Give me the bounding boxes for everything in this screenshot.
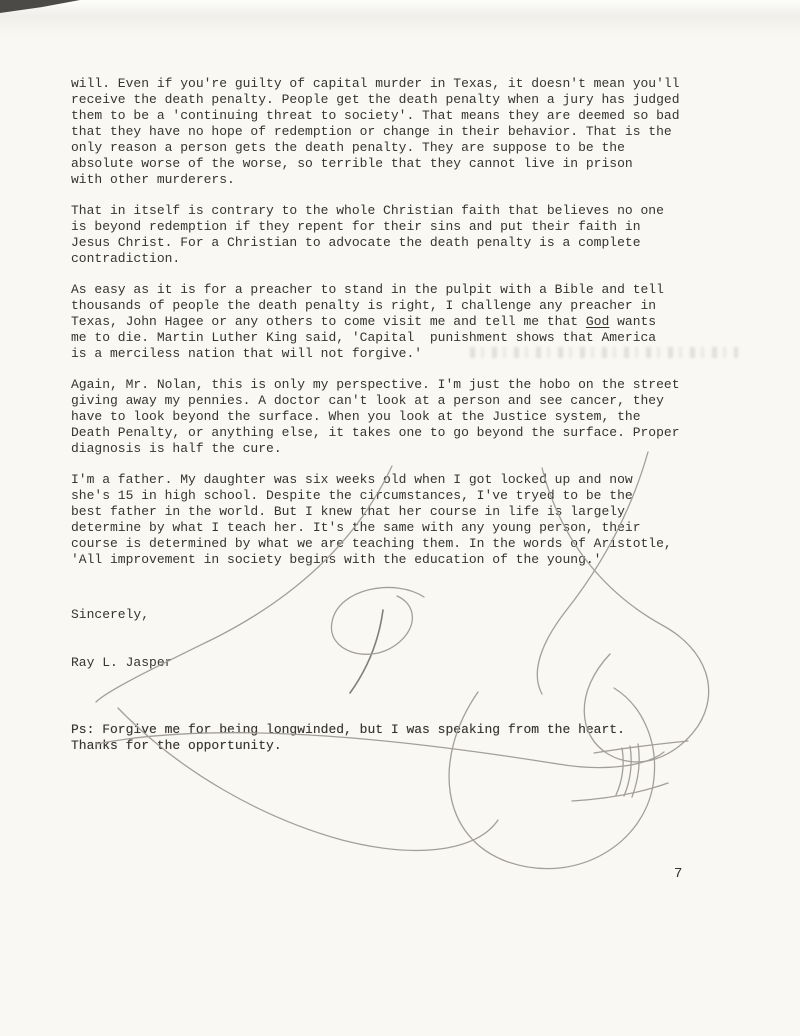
closing-salutation: Sincerely, — [71, 607, 719, 623]
text-line: 'All improvement in society begins with … — [71, 552, 719, 568]
text-line: determine by what I teach her. It's the … — [71, 520, 719, 536]
letter-paragraphs: will. Even if you're guilty of capital m… — [71, 76, 719, 568]
text-line: Again, Mr. Nolan, this is only my perspe… — [71, 377, 719, 393]
text-line: absolute worse of the worse, so terrible… — [71, 156, 719, 172]
text-line: them to be a 'continuing threat to socie… — [71, 108, 719, 124]
postscript-line: Ps: Forgive me for being longwinded, but… — [71, 722, 719, 738]
text-line: diagnosis is half the cure. — [71, 441, 719, 457]
page-number: 7 — [674, 866, 682, 882]
closing-signature-name: Ray L. Jasper — [71, 655, 719, 671]
text-line: That in itself is contrary to the whole … — [71, 203, 719, 219]
underlined-word: God — [586, 314, 609, 329]
text-line: Jesus Christ. For a Christian to advocat… — [71, 235, 719, 251]
text-line: I'm a father. My daughter was six weeks … — [71, 472, 719, 488]
postscript-block: Ps: Forgive me for being longwinded, but… — [71, 722, 719, 754]
text-line: is beyond redemption if they repent for … — [71, 219, 719, 235]
faded-ink-artifact — [470, 347, 738, 358]
letter-body: will. Even if you're guilty of capital m… — [71, 76, 719, 754]
text-line: she's 15 in high school. Despite the cir… — [71, 488, 719, 504]
postscript-line: Thanks for the opportunity. — [71, 738, 719, 754]
text-line: Texas, John Hagee or any others to come … — [71, 314, 719, 330]
paragraph: will. Even if you're guilty of capital m… — [71, 76, 719, 188]
text-line: have to look beyond the surface. When yo… — [71, 409, 719, 425]
scanned-letter-page: will. Even if you're guilty of capital m… — [0, 0, 800, 1036]
text-line: me to die. Martin Luther King said, 'Cap… — [71, 330, 719, 346]
paragraph: That in itself is contrary to the whole … — [71, 203, 719, 267]
text-line: receive the death penalty. People get th… — [71, 92, 719, 108]
paragraph: I'm a father. My daughter was six weeks … — [71, 472, 719, 568]
text-line: with other murderers. — [71, 172, 719, 188]
text-line: giving away my pennies. A doctor can't l… — [71, 393, 719, 409]
text-line: thousands of people the death penalty is… — [71, 298, 719, 314]
text-line: contradiction. — [71, 251, 719, 267]
text-line: course is determined by what we are teac… — [71, 536, 719, 552]
scan-top-edge-artifact — [0, 0, 800, 36]
text-line: will. Even if you're guilty of capital m… — [71, 76, 719, 92]
text-line: As easy as it is for a preacher to stand… — [71, 282, 719, 298]
text-line: Death Penalty, or anything else, it take… — [71, 425, 719, 441]
paragraph: Again, Mr. Nolan, this is only my perspe… — [71, 377, 719, 457]
text-line: only reason a person gets the death pena… — [71, 140, 719, 156]
text-line: that they have no hope of redemption or … — [71, 124, 719, 140]
text-line: best father in the world. But I knew tha… — [71, 504, 719, 520]
